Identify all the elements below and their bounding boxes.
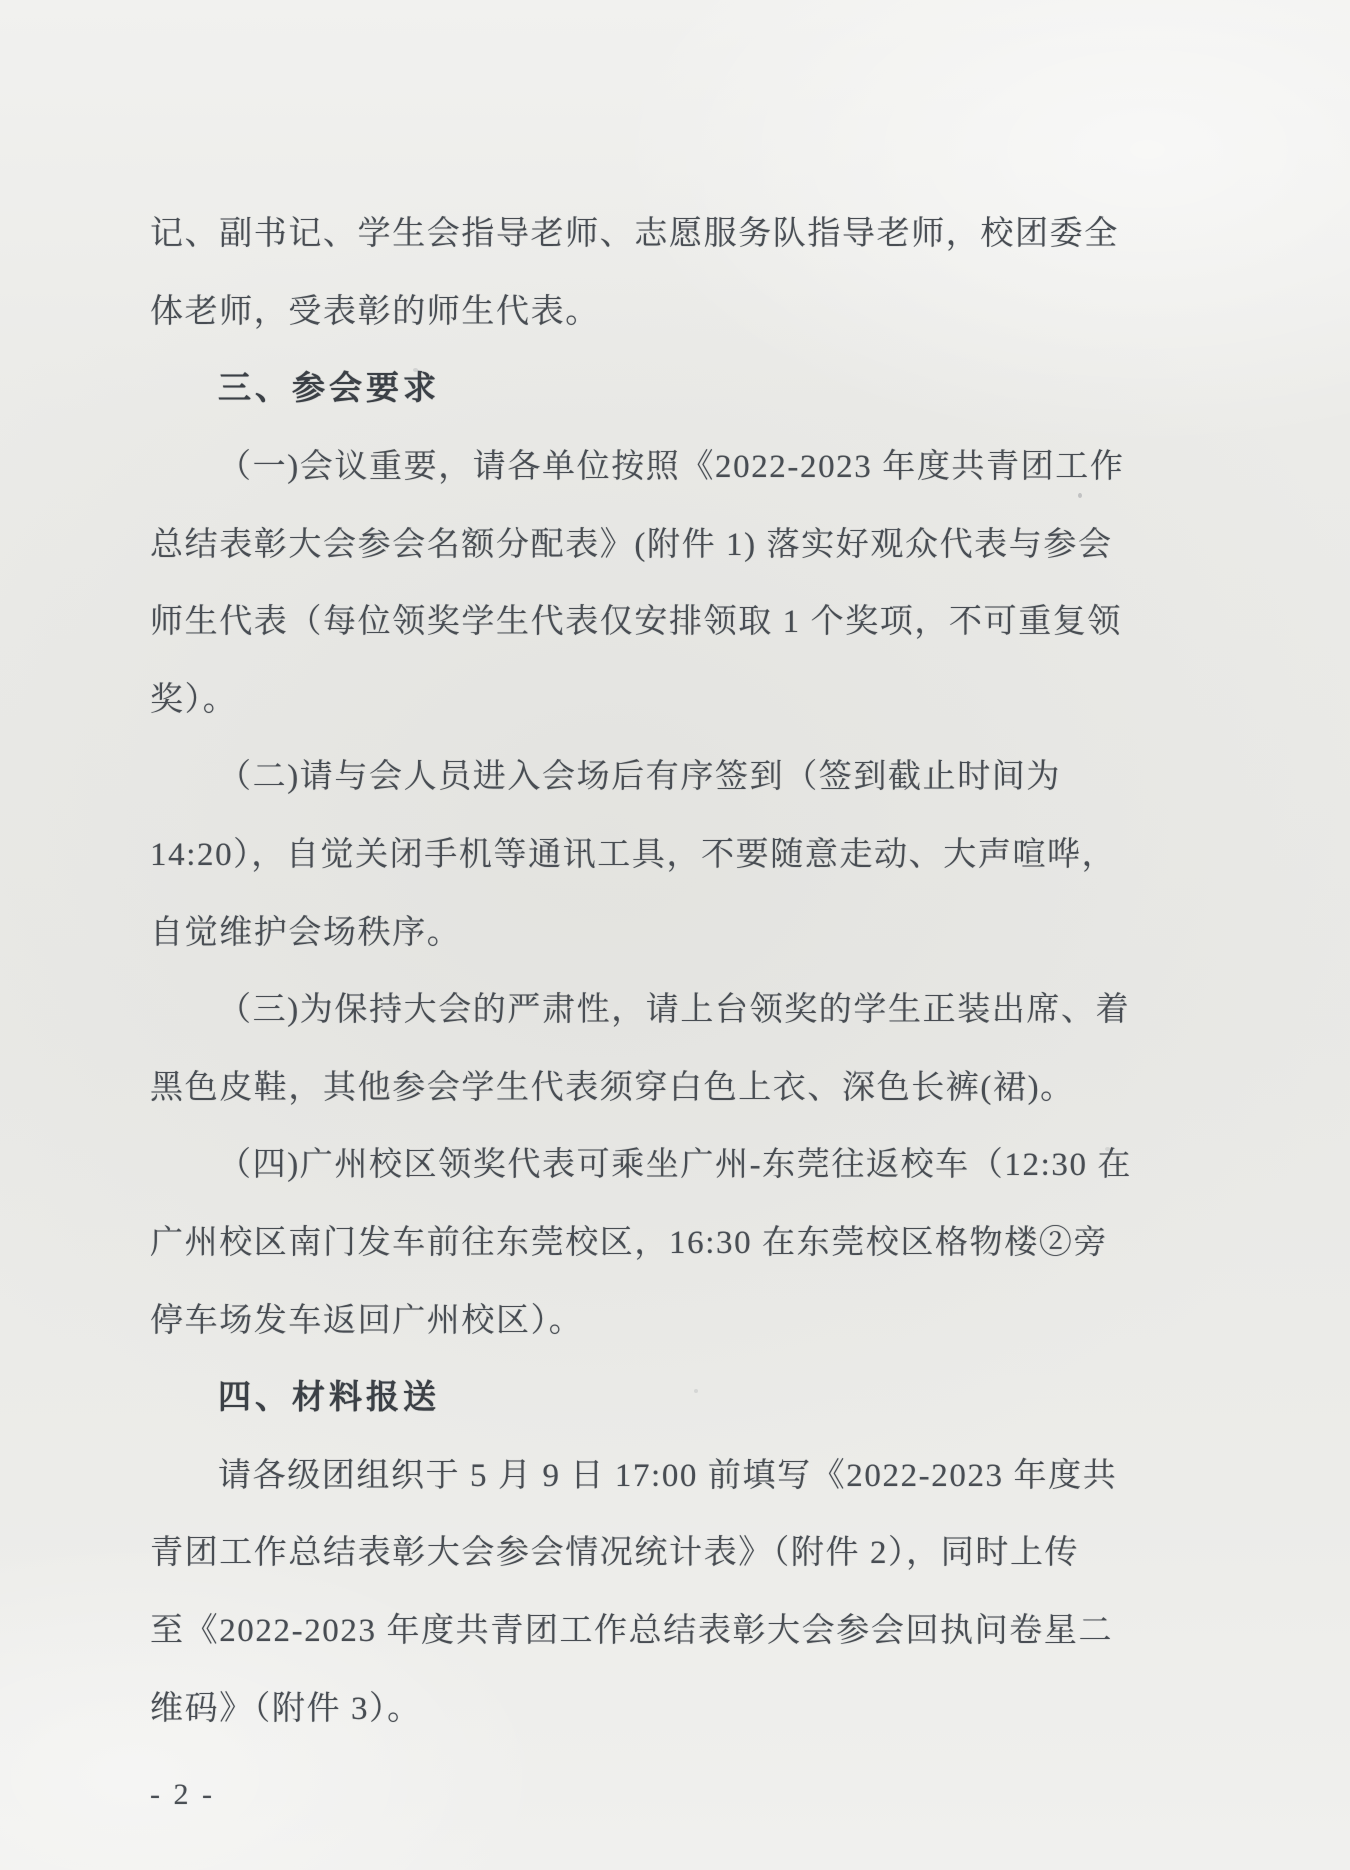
paragraph-line: （四)广州校区领奖代表可乘坐广州-东莞往返校车（12:30 在 xyxy=(150,1123,1120,1201)
document-page: 记、副书记、学生会指导老师、志愿服务队指导老师，校团委全 体老师，受表彰的师生代… xyxy=(0,0,1350,1870)
paragraph-line: 请各级团组织于 5 月 9 日 17:00 前填写《2022-2023 年度共 xyxy=(150,1434,1120,1512)
paragraph-line: 记、副书记、学生会指导老师、志愿服务队指导老师，校团委全 xyxy=(150,192,1120,270)
paragraph-line: 黑色皮鞋，其他参会学生代表须穿白色上衣、深色长裤(裙)。 xyxy=(150,1046,1120,1124)
paragraph-line: 青团工作总结表彰大会参会情况统计表》（附件 2），同时上传 xyxy=(150,1511,1120,1589)
paragraph-line: 师生代表（每位领奖学生代表仅安排领取 1 个奖项，不可重复领 xyxy=(150,580,1120,658)
paragraph-line: 总结表彰大会参会名额分配表》(附件 1) 落实好观众代表与参会 xyxy=(150,502,1120,580)
paragraph-line: 奖）。 xyxy=(150,658,1120,736)
scan-speck xyxy=(413,368,418,372)
section-heading-participation-requirements: 三、参会要求 xyxy=(150,347,1120,425)
paragraph-line: 至《2022-2023 年度共青团工作总结表彰大会参会回执问卷星二 xyxy=(150,1589,1120,1667)
scan-speck xyxy=(1078,493,1082,498)
paragraph-line: 维码》（附件 3）。 xyxy=(150,1666,1120,1744)
paragraph-line: 体老师，受表彰的师生代表。 xyxy=(150,270,1120,348)
paragraph-line: （二)请与会人员进入会场后有序签到（签到截止时间为 xyxy=(150,735,1120,813)
paragraph-line: 广州校区南门发车前往东莞校区，16:30 在东莞校区格物楼②旁 xyxy=(150,1201,1120,1279)
paragraph-line: （三)为保持大会的严肃性，请上台领奖的学生正装出席、着 xyxy=(150,968,1120,1046)
paragraph-line: 14:20），自觉关闭手机等通讯工具，不要随意走动、大声喧哗， xyxy=(150,813,1120,891)
scan-speck xyxy=(1105,1147,1110,1151)
document-body: 记、副书记、学生会指导老师、志愿服务队指导老师，校团委全 体老师，受表彰的师生代… xyxy=(150,192,1120,1744)
paragraph-line: 停车场发车返回广州校区）。 xyxy=(150,1278,1120,1356)
paragraph-line: （一)会议重要，请各单位按照《2022-2023 年度共青团工作 xyxy=(150,425,1120,503)
section-heading-material-submission: 四、材料报送 xyxy=(150,1356,1120,1434)
page-number: - 2 - xyxy=(150,1778,215,1812)
paragraph-line: 自觉维护会场秩序。 xyxy=(150,890,1120,968)
scan-speck xyxy=(694,1389,698,1393)
